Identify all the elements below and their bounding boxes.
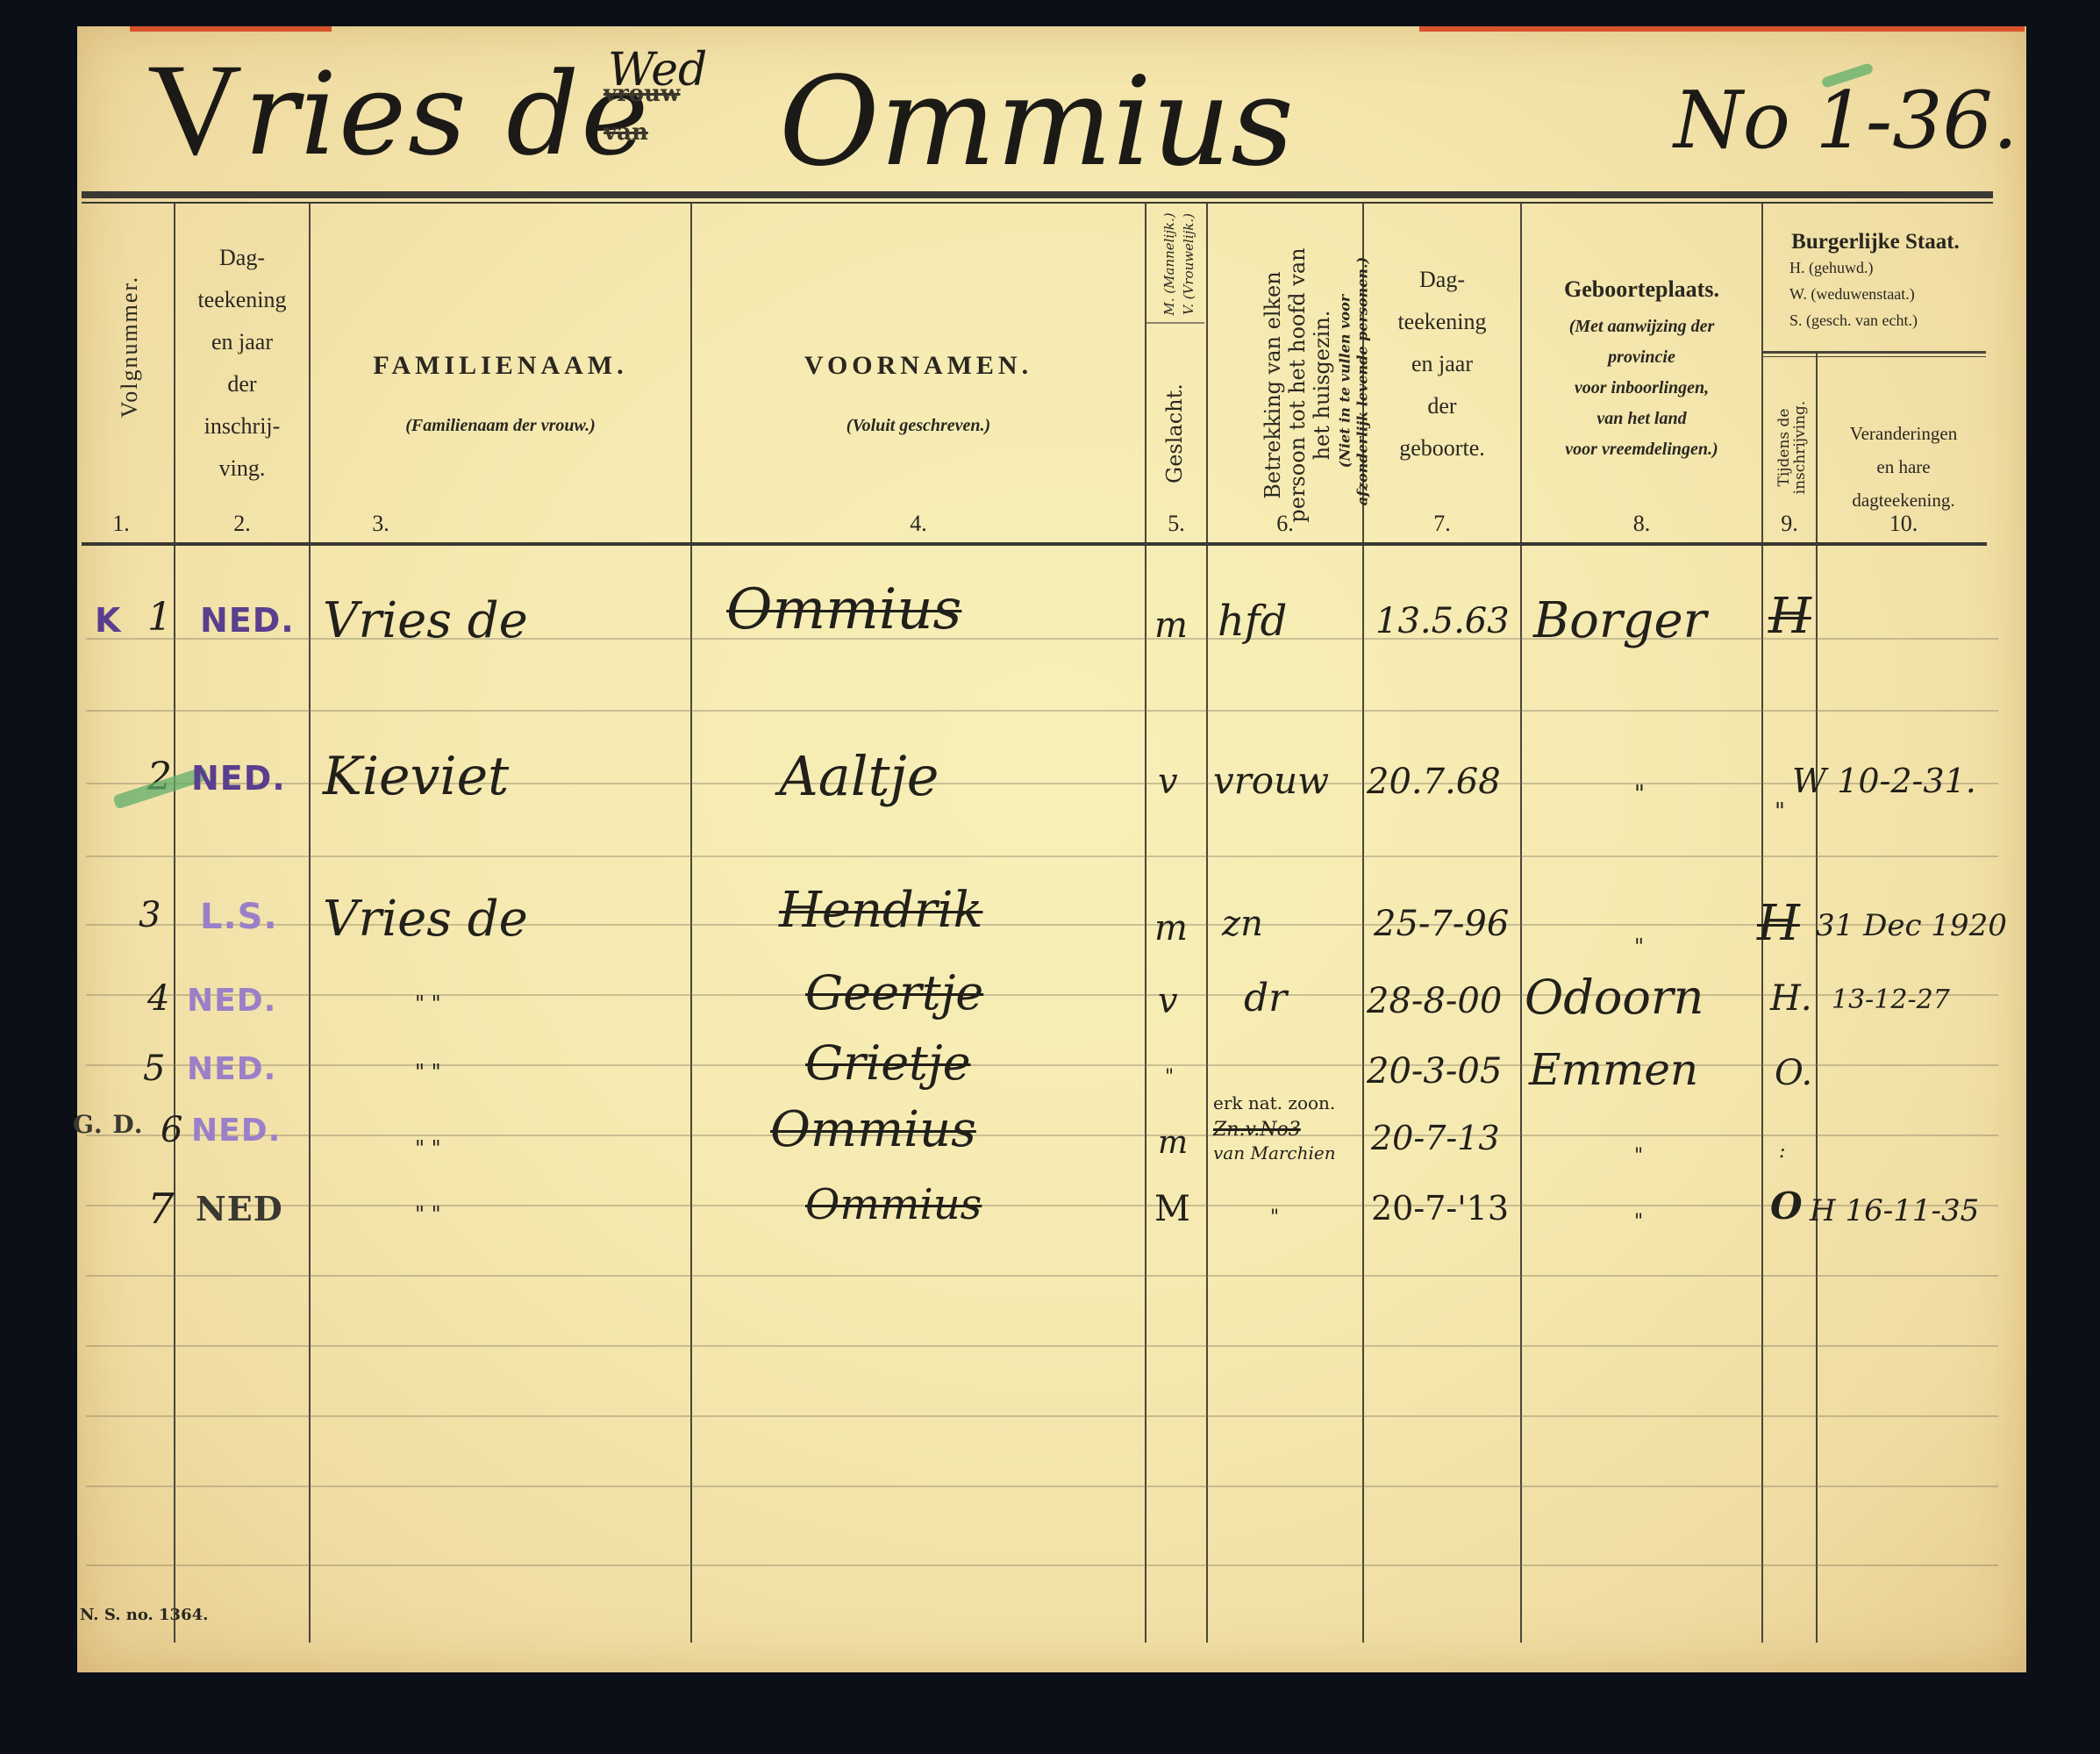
header-tijdens-1: Tijdens de: [1775, 390, 1793, 505]
betrekking: dr: [1244, 976, 1287, 1020]
betrekking: vrouw: [1213, 759, 1329, 802]
form-number: N. S. no. 1364.: [80, 1606, 208, 1624]
voornamen: Ommius: [770, 1101, 976, 1158]
margin-mark: K: [95, 601, 121, 640]
header-note: (Voluit geschreven.): [692, 416, 1145, 436]
familienaam: Vries de: [323, 592, 528, 649]
row-rule: [86, 856, 1998, 857]
header-note: voor vreemdelingen.): [1522, 434, 1761, 465]
veranderingen: W 10-2-31.: [1792, 762, 1976, 800]
betrekking-note: van Marchien: [1213, 1142, 1336, 1163]
familienaam: " ": [415, 1060, 441, 1085]
voornamen: Geertje: [805, 965, 983, 1020]
betrekking: hfd: [1218, 597, 1287, 646]
header-note: (Met aanwijzing der: [1522, 311, 1761, 342]
header-tijdens-2: inschrijving.: [1791, 390, 1809, 505]
header-line: der: [1364, 385, 1520, 427]
staat-divider-thin: [1763, 356, 1986, 357]
header-line: en jaar: [175, 321, 309, 363]
header-burgerlijke-staat: Burgerlijke Staat. H. (gehuwd.) W. (wedu…: [1763, 230, 1988, 333]
geslacht: m: [1158, 1125, 1188, 1161]
row-rule: [86, 1415, 1998, 1417]
header-familienaam: FAMILIENAAM. (Familienaam der vrouw.): [311, 351, 690, 436]
geboortedatum: 20-7-13: [1371, 1119, 1500, 1157]
burgerlijke-staat: O: [1770, 1185, 1803, 1228]
geslacht: v: [1158, 762, 1178, 802]
header-betrekking-note-1: (Niet in te vullen voor: [1337, 241, 1354, 522]
header-geboorte: Dag- teekening en jaar der geboorte.: [1364, 259, 1520, 469]
legend-item: S. (gesch. van echt.): [1789, 307, 1988, 333]
header-geboorteplaats: Geboorteplaats. (Met aanwijzing der prov…: [1522, 276, 1761, 465]
header-rule: [82, 191, 1993, 198]
geboorteplaats: Odoorn: [1525, 970, 1704, 1025]
volgnummer: 3: [139, 895, 161, 935]
geslacht: m: [1154, 908, 1188, 949]
volgnummer: 5: [143, 1049, 165, 1089]
volgnummer: 7: [147, 1185, 175, 1234]
nationality-stamp: NED.: [200, 601, 295, 640]
volgnummer: 4: [147, 978, 169, 1019]
header-geslacht: Geslacht.: [1162, 376, 1187, 490]
nationality-stamp: NED.: [191, 1113, 281, 1149]
voornamen: Ommius: [805, 1180, 982, 1229]
geslacht-divider: [1146, 322, 1204, 324]
row-rule: [86, 994, 1998, 996]
voornamen: Hendrik: [779, 882, 983, 939]
geboorteplaats: ": [1634, 1211, 1643, 1233]
header-veranderingen: Veranderingen en hare dagteekening.: [1818, 417, 1989, 517]
geslacht: ": [1165, 1066, 1174, 1088]
nationality-stamp: NED.: [191, 759, 286, 798]
header-note: voor inboorlingen,: [1522, 373, 1761, 404]
geboorteplaats: ": [1634, 781, 1645, 807]
familienaam: " ": [415, 992, 441, 1016]
familienaam: Kieviet: [323, 746, 509, 807]
row-rule: [86, 1064, 1998, 1066]
family-surname: Vries de: [147, 44, 650, 175]
header-line: der: [175, 363, 309, 405]
betrekking: Zn.v.No3: [1213, 1119, 1301, 1141]
column-number: 8.: [1522, 511, 1761, 537]
legend-item: H. (gehuwd.): [1789, 254, 1988, 281]
column-number: 3.: [311, 511, 451, 537]
geslacht: m: [1154, 605, 1188, 646]
header-line: en hare: [1818, 450, 1989, 483]
familienaam: " ": [415, 1136, 441, 1161]
veranderingen: 31 Dec 1920: [1816, 908, 2007, 943]
register-number: No 1-36.: [1674, 75, 2018, 167]
row-rule: [86, 710, 1998, 712]
familienaam: " ": [415, 1202, 441, 1227]
legend-item: W. (weduwenstaat.): [1789, 281, 1988, 307]
nationality-stamp: L.S.: [200, 897, 278, 937]
column-number: 7.: [1364, 511, 1520, 537]
geboorteplaats: Borger: [1533, 592, 1706, 649]
burgerlijke-staat: ": [1775, 798, 1785, 825]
header-title: VOORNAMEN.: [692, 351, 1145, 381]
surname-prefix: ries de: [244, 47, 650, 181]
row-rule: [86, 1275, 1998, 1277]
betrekking: zn: [1222, 904, 1263, 944]
geboortedatum: 20-3-05: [1367, 1051, 1502, 1092]
geboorteplaats: ": [1634, 1145, 1643, 1167]
row-rule: [86, 1564, 1998, 1566]
burgerlijke-staat: H.: [1770, 978, 1812, 1019]
column-number: 5.: [1146, 511, 1206, 537]
row-rule: [86, 1486, 1998, 1487]
column-number: 4.: [692, 511, 1145, 537]
family-surname-second: Ommius: [779, 61, 1294, 184]
betrekking-note: erk nat. zoon.: [1213, 1092, 1335, 1113]
header-title: FAMILIENAAM.: [311, 351, 690, 381]
struck-words: vrouw van: [604, 75, 680, 152]
struck-word: van: [604, 113, 680, 152]
staat-divider: [1763, 351, 1986, 354]
header-rule-thin: [82, 202, 1993, 204]
header-geslacht-m: M. (Mannelijk.): [1161, 198, 1177, 330]
voornamen: Ommius: [726, 577, 961, 642]
red-top-edge-right: [1419, 26, 2025, 32]
nationality-stamp: NED: [196, 1189, 283, 1228]
familienaam: Vries de: [323, 891, 528, 948]
nationality-stamp: NED.: [187, 1051, 276, 1087]
header-line: teekening: [1364, 301, 1520, 343]
header-line: en jaar: [1364, 343, 1520, 385]
geboortedatum: 25-7-96: [1374, 904, 1509, 944]
header-title: Geboorteplaats.: [1522, 276, 1761, 303]
red-top-edge: [130, 26, 332, 32]
nationality-stamp: NED.: [187, 983, 276, 1019]
column-number: 2.: [175, 511, 309, 537]
margin-mark: G. D.: [73, 1110, 143, 1139]
header-note: provincie: [1522, 342, 1761, 373]
row-rule: [86, 1135, 1998, 1136]
header-note: van het land: [1522, 404, 1761, 434]
header-voornamen: VOORNAMEN. (Voluit geschreven.): [692, 351, 1145, 436]
header-volgnummer: Volgnummer.: [117, 259, 143, 434]
header-note: (Familienaam der vrouw.): [311, 416, 690, 436]
header-betrekking-1: Betrekking van elken: [1261, 245, 1285, 526]
header-title: Burgerlijke Staat.: [1763, 230, 1988, 254]
header-line: Dag-: [175, 237, 309, 279]
geboortedatum: 28-8-00: [1367, 981, 1502, 1021]
register-card: Vries de Wed vrouw van Ommius No 1-36. V…: [77, 26, 2026, 1672]
volgnummer: 6: [161, 1110, 182, 1150]
column-divider: [1816, 353, 1818, 1643]
voornamen: Aaltje: [779, 744, 939, 808]
column-number: 10.: [1818, 511, 1989, 537]
geboortedatum: 13.5.63: [1375, 601, 1510, 641]
volgnummer: 1: [147, 595, 172, 640]
header-line: teekening: [175, 279, 309, 321]
header-betrekking-2: persoon tot het hoofd van: [1285, 245, 1310, 526]
burgerlijke-staat: H: [1757, 895, 1800, 952]
row-rule: [86, 1345, 1998, 1347]
header-bottom-rule: [82, 542, 1987, 546]
burgerlijke-staat: :: [1779, 1141, 1785, 1163]
column-number: 6.: [1208, 511, 1362, 537]
staat-legend: H. (gehuwd.) W. (weduwenstaat.) S. (gesc…: [1763, 254, 1988, 333]
column-number: 1.: [95, 511, 147, 537]
header-inschrijving: Dag- teekening en jaar der inschrij- vin…: [175, 237, 309, 490]
header-line: geboorte.: [1364, 427, 1520, 469]
geboorteplaats: ": [1634, 934, 1644, 959]
geslacht: M: [1154, 1189, 1190, 1229]
struck-word: vrouw: [604, 75, 680, 113]
header-line: ving.: [175, 447, 309, 490]
header-line: inschrij-: [175, 405, 309, 447]
header-line: Veranderingen: [1818, 417, 1989, 450]
surname-initial: V: [147, 37, 244, 183]
geboorteplaats: Emmen: [1529, 1044, 1698, 1095]
voornamen: Grietje: [805, 1035, 971, 1091]
column-number: 9.: [1763, 511, 1816, 537]
veranderingen: H 16-11-35: [1810, 1193, 1979, 1228]
geboortedatum: 20.7.68: [1367, 762, 1501, 802]
veranderingen: 13-12-27: [1832, 984, 1950, 1015]
burgerlijke-staat: H: [1768, 588, 1811, 645]
header-geslacht-v: V. (Vrouwelijk.): [1181, 198, 1196, 330]
header-line: Dag-: [1364, 259, 1520, 301]
geslacht: v: [1158, 981, 1178, 1021]
betrekking: ": [1270, 1206, 1279, 1228]
column-divider: [1206, 204, 1208, 1643]
geboortedatum: 20-7-'13: [1371, 1189, 1509, 1228]
row-rule: [86, 1205, 1998, 1206]
burgerlijke-staat: O.: [1775, 1053, 1812, 1093]
column-divider: [1145, 204, 1146, 1643]
header-betrekking-3: het huisgezin.: [1310, 245, 1334, 526]
